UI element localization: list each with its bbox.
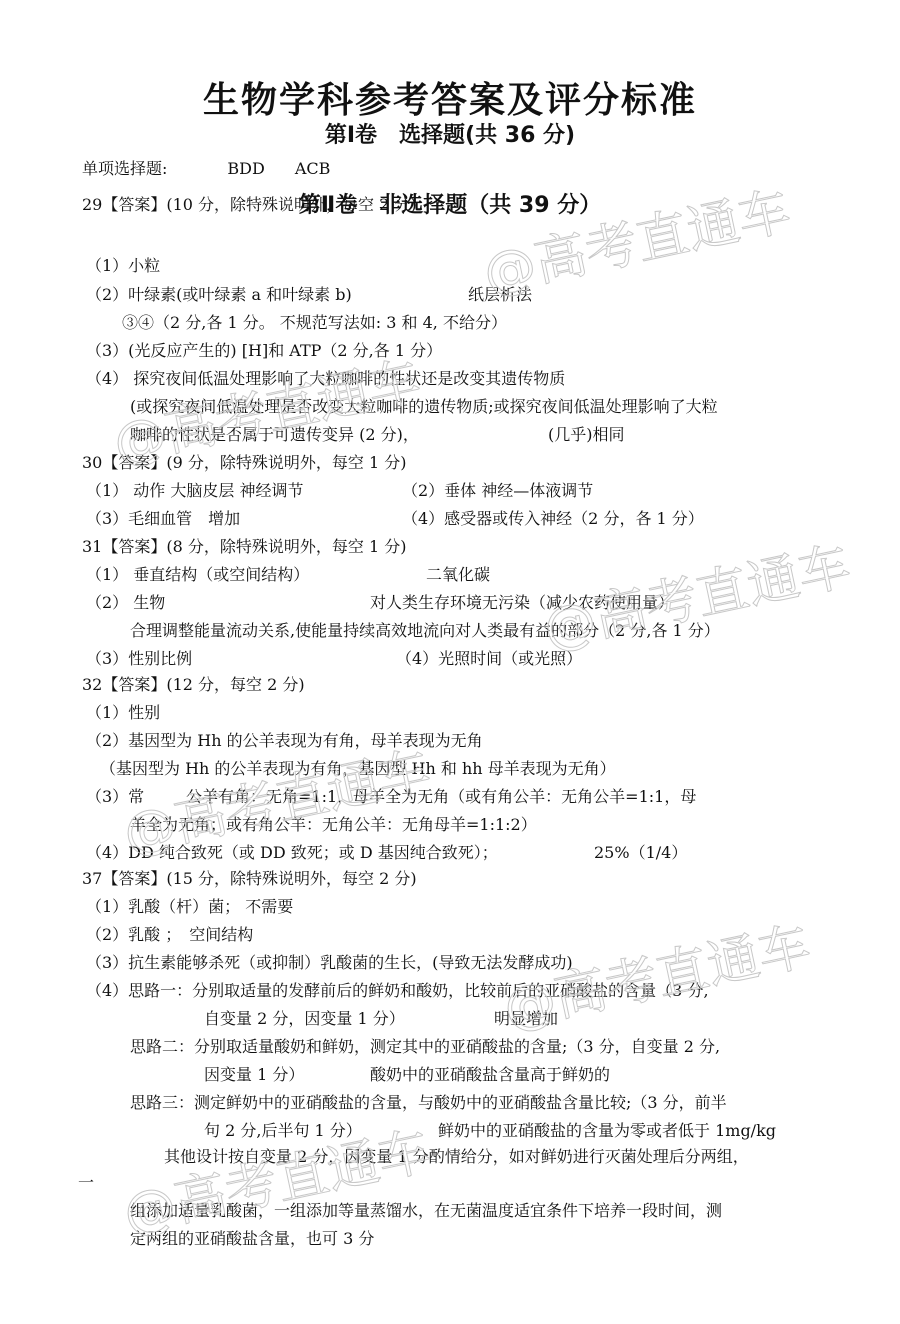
answer-line-secondary: 对人类生存环境无污染（减少农药使用量） <box>370 590 674 613</box>
answer-line-secondary: 鲜奶中的亚硝酸盐的含量为零或者低于 1mg/kg <box>438 1118 776 1141</box>
answer-line: （2） 生物 <box>86 590 165 613</box>
answer-line-secondary: 明显增加 <box>494 1006 558 1029</box>
answer-line: 组添加适量乳酸菌，一组添加等量蒸馏水，在无菌温度适宜条件下培养一段时间，测 <box>130 1198 722 1221</box>
answer-line: 31【答案】(8 分，除特殊说明外，每空 1 分) <box>82 534 406 557</box>
answer-line: （1）小粒 <box>86 253 160 276</box>
answer-line: （2）叶绿素(或叶绿素 a 和叶绿素 b) <box>86 282 352 305</box>
mc-label: 单项选择题: <box>82 159 167 178</box>
answer-line: （4）思路一：分别取适量的发酵前后的鲜奶和酸奶，比较前后的亚硝酸盐的含量（3 分… <box>86 978 709 1001</box>
answer-line: 37【答案】(15 分，除特殊说明外，每空 2 分) <box>82 866 417 889</box>
answer-line: （3）(光反应产生的) [H]和 ATP（2 分,各 1 分） <box>86 338 442 361</box>
answer-line: （2）基因型为 Hh 的公羊表现为有角，母羊表现为无角 <box>86 728 483 751</box>
answer-line: （1）乳酸（杆）菌； 不需要 <box>86 894 293 917</box>
answer-line: 32【答案】(12 分，每空 2 分) <box>82 672 305 695</box>
mc-answers-1: BDD <box>227 159 264 178</box>
answer-line-secondary: （4）光照时间（或光照） <box>396 646 582 669</box>
answer-line: 其他设计按自变量 2 分，因变量 1 分酌情给分，如对鲜奶进行灭菌处理后分两组， <box>164 1144 749 1167</box>
answer-line: （3）抗生素能够杀死（或抑制）乳酸菌的生长，(导致无法发酵成功) <box>86 950 573 973</box>
answer-line: 自变量 2 分，因变量 1 分） <box>204 1006 405 1029</box>
answer-line: 咖啡的性状是否属于可遗传变异 (2 分)， <box>130 422 419 445</box>
answer-line: （3）常 <box>86 784 144 807</box>
answer-line: （4） 探究夜间低温处理影响了大粒咖啡的性状还是改变其遗传物质 <box>86 366 565 389</box>
answer-line-secondary: （4）感受器或传入神经（2 分，各 1 分） <box>402 506 704 529</box>
answer-line-secondary: 纸层析法 <box>468 282 532 305</box>
answer-line: 合理调整能量流动关系,使能量持续高效地流向对人类最有益的部分（2 分,各 1 分… <box>130 618 720 641</box>
answer-line: 羊全为无角；或有角公羊：无角公羊：无角母羊=1:1:2） <box>130 812 537 835</box>
answer-line: （2）乳酸 ； 空间结构 <box>86 922 253 945</box>
mc-answers-2: ACB <box>295 159 331 178</box>
answer-line: 一 <box>78 1170 94 1193</box>
answer-line: 因变量 1 分） <box>204 1062 304 1085</box>
answer-line-secondary: （2）垂体 神经—体液调节 <box>402 478 593 501</box>
answer-line: （4）DD 纯合致死（或 DD 致死；或 D 基因纯合致死）； <box>86 840 498 863</box>
multiple-choice-answers: 单项选择题:BDDACB <box>82 156 330 179</box>
answer-line: 定两组的亚硝酸盐含量，也可 3 分 <box>130 1226 374 1249</box>
answer-line: 29【答案】(10 分，除特殊说明外，每空 2 分) <box>82 192 417 215</box>
answer-line: （基因型为 Hh 的公羊表现为有角，基因型 Hh 和 hh 母羊表现为无角） <box>100 756 616 779</box>
answer-line: (或探究夜间低温处理是否改变大粒咖啡的遗传物质;或探究夜间低温处理影响了大粒 <box>130 394 718 417</box>
answer-line-secondary: 25%（1/4） <box>594 840 687 863</box>
answer-line-secondary: 酸奶中的亚硝酸盐含量高于鲜奶的 <box>370 1062 610 1085</box>
answer-line-secondary: 公羊有角：无角=1:1，母羊全为无角（或有角公羊：无角公羊=1:1，母 <box>186 784 696 807</box>
section-1-heading: 第Ⅰ卷 选择题(共 36 分) <box>0 118 900 149</box>
answer-line: 思路三：测定鲜奶中的亚硝酸盐的含量，与酸奶中的亚硝酸盐含量比较;（3 分，前半 <box>130 1090 727 1113</box>
answer-line-secondary: 二氧化碳 <box>426 562 490 585</box>
answer-line-secondary: (几乎)相同 <box>548 422 625 445</box>
answer-line: ③④（2 分,各 1 分。 不规范写法如: 3 和 4, 不给分） <box>122 310 507 333</box>
answer-line: （3）毛细血管 增加 <box>86 506 240 529</box>
answer-line: 思路二：分别取适量酸奶和鲜奶，测定其中的亚硝酸盐的含量;（3 分，自变量 2 分… <box>130 1034 720 1057</box>
answer-line: （1） 垂直结构（或空间结构） <box>86 562 309 585</box>
answer-line: 句 2 分,后半句 1 分） <box>204 1118 362 1141</box>
document-title: 生物学科参考答案及评分标准 <box>0 72 900 123</box>
answer-line: （3）性别比例 <box>86 646 192 669</box>
answer-line: （1）性别 <box>86 700 160 723</box>
answer-line: 30【答案】(9 分，除特殊说明外，每空 1 分) <box>82 450 406 473</box>
answer-line: （1） 动作 大脑皮层 神经调节 <box>86 478 303 501</box>
